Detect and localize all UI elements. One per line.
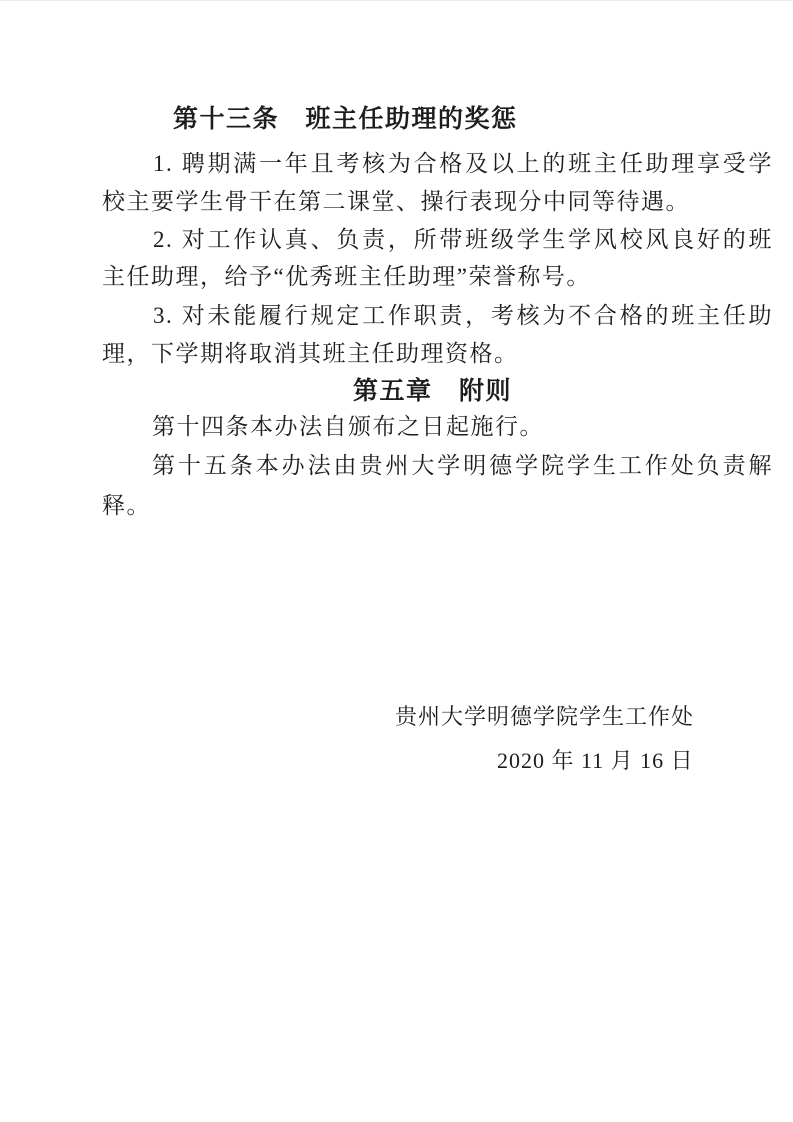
clause-3-line-2: 理，下学期将取消其班主任助理资格。 <box>102 341 519 367</box>
document-page: 第十三条 班主任助理的奖惩 1. 聘期满一年且考核为合格及以上的班主任助理享受学… <box>0 0 793 1122</box>
clause-3-line-1: 3. 对未能履行规定工作职责，考核为不合格的班主任助 <box>153 303 773 329</box>
chapter-5-heading: 第五章 附则 <box>353 378 512 407</box>
article-15-line-1: 第十五条本办法由贵州大学明德学院学生工作处负责解 <box>152 453 773 479</box>
article-13-heading: 第十三条 班主任助理的奖惩 <box>173 106 518 135</box>
clause-1-line-2: 校主要学生骨干在第二课堂、操行表现分中同等待遇。 <box>102 189 690 215</box>
clause-1-line-1: 1. 聘期满一年且考核为合格及以上的班主任助理享受学 <box>153 151 773 177</box>
signature-date: 2020 年 11 月 16 日 <box>497 748 694 773</box>
clause-2-line-2: 主任助理，给予“优秀班主任助理”荣誉称号。 <box>102 264 591 290</box>
article-15-line-2: 释。 <box>102 493 151 519</box>
clause-2-line-1: 2. 对工作认真、负责，所带班级学生学风校风良好的班 <box>153 227 773 253</box>
article-14-line: 第十四条本办法自颁布之日起施行。 <box>152 414 544 440</box>
signature-department: 贵州大学明德学院学生工作处 <box>395 704 694 729</box>
